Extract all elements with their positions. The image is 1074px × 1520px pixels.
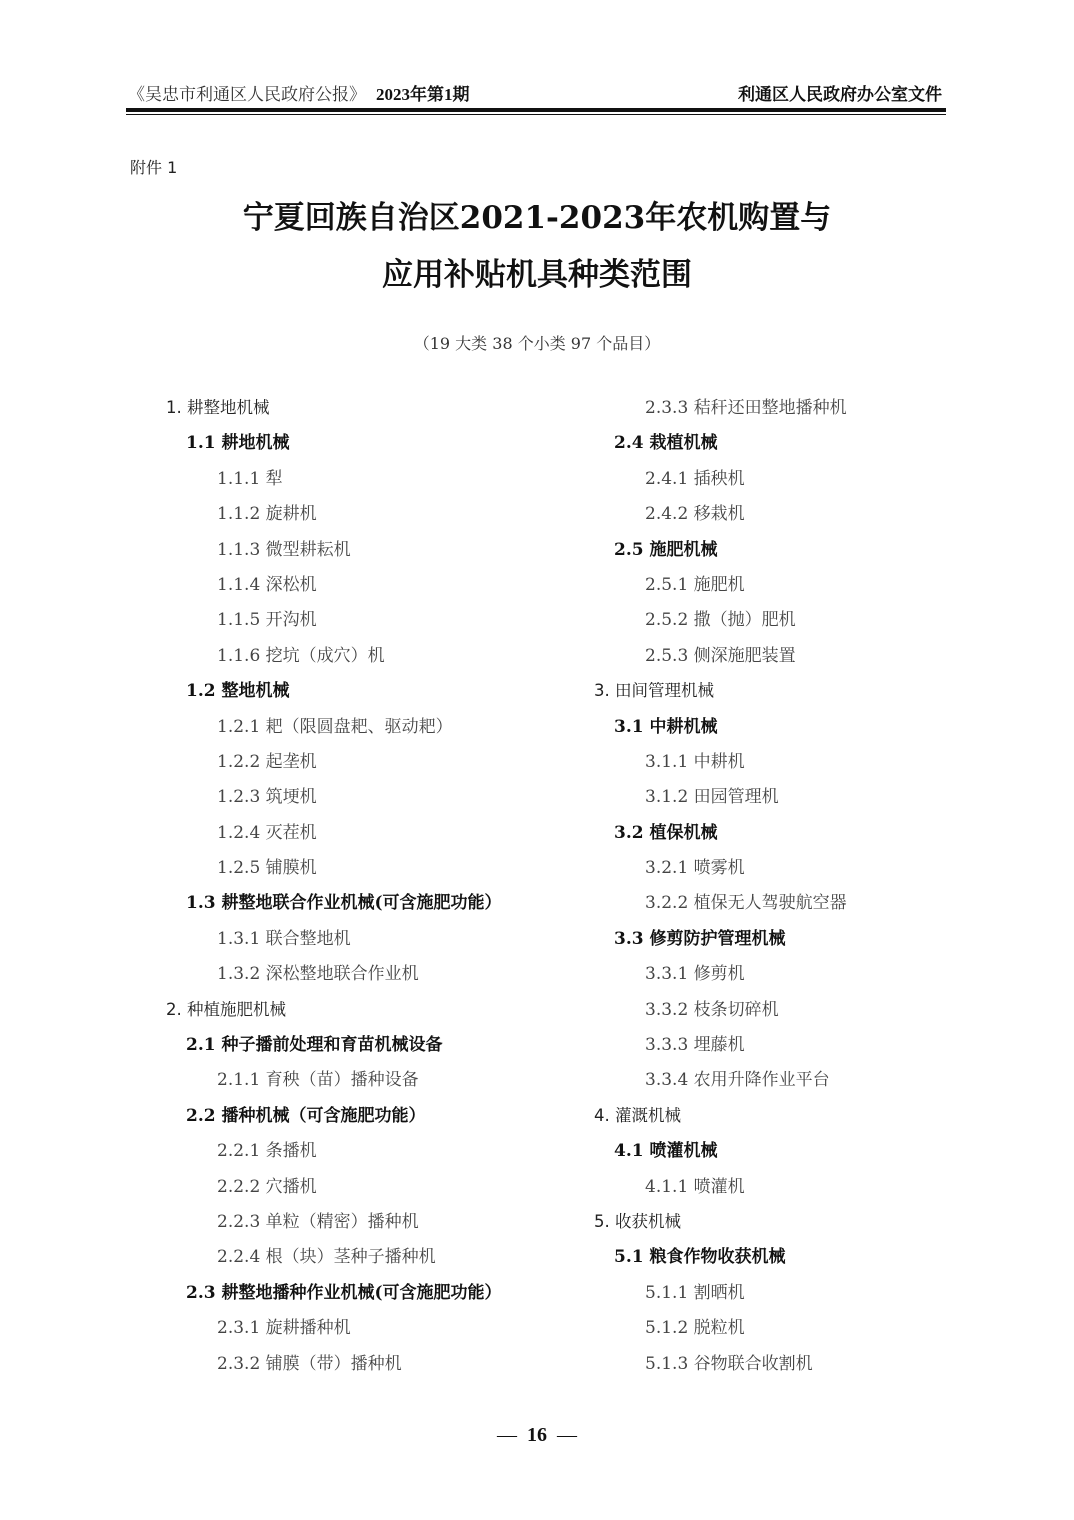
item-entry: 1.1.1 犁 <box>166 467 502 502</box>
item-entry: 2.3.3 秸秆还田整地播种机 <box>594 396 847 431</box>
category-heading: 1. 耕整地机械 <box>166 396 502 431</box>
item-entry: 2.5.1 施肥机 <box>594 573 847 608</box>
item-entry: 4.1.1 喷灌机 <box>594 1175 847 1210</box>
header-issuer: 利通区人民政府办公室文件 <box>738 80 942 105</box>
item-entry: 1.1.6 挖坑（成穴）机 <box>166 644 502 679</box>
footer-dash-left: — <box>497 1424 517 1446</box>
issue-number: 2023年第1期 <box>376 85 470 104</box>
header-publication: 《吴忠市利通区人民政府公报》2023年第1期 <box>128 80 470 105</box>
item-entry: 2.2.2 穴播机 <box>166 1175 502 1210</box>
item-entry: 3.2.2 植保无人驾驶航空器 <box>594 891 847 926</box>
publication-name: 《吴忠市利通区人民政府公报》 <box>128 85 366 105</box>
item-entry: 3.2.1 喷雾机 <box>594 856 847 891</box>
category-heading: 2. 种植施肥机械 <box>166 998 502 1033</box>
subcategory-heading: 3.1 中耕机械 <box>594 715 847 750</box>
item-entry: 1.3.2 深松整地联合作业机 <box>166 962 502 997</box>
subcategory-heading: 1.3 耕整地联合作业机械(可含施肥功能） <box>166 891 502 926</box>
attachment-label: 附件 1 <box>130 155 177 178</box>
category-list-right-column: 2.3.3 秸秆还田整地播种机2.4 栽植机械2.4.1 插秧机2.4.2 移栽… <box>594 396 847 1387</box>
subcategory-heading: 2.4 栽植机械 <box>594 431 847 466</box>
item-entry: 1.1.4 深松机 <box>166 573 502 608</box>
footer-dash-right: — <box>557 1424 577 1446</box>
item-entry: 2.1.1 育秧（苗）播种设备 <box>166 1068 502 1103</box>
item-entry: 1.2.5 铺膜机 <box>166 856 502 891</box>
item-entry: 2.5.2 撒（抛）肥机 <box>594 608 847 643</box>
item-entry: 2.3.2 铺膜（带）播种机 <box>166 1352 502 1387</box>
subcategory-heading: 5.1 粮食作物收获机械 <box>594 1245 847 1280</box>
subcategory-heading: 2.5 施肥机械 <box>594 538 847 573</box>
subcategory-heading: 2.3 耕整地播种作业机械(可含施肥功能） <box>166 1281 502 1316</box>
item-entry: 2.3.1 旋耕播种机 <box>166 1316 502 1351</box>
document-title-line2: 应用补贴机具种类范围 <box>0 260 1074 291</box>
subcategory-heading: 1.1 耕地机械 <box>166 431 502 466</box>
subcategory-heading: 2.1 种子播前处理和育苗机械设备 <box>166 1033 502 1068</box>
item-entry: 5.1.3 谷物联合收割机 <box>594 1352 847 1387</box>
document-title-line1: 宁夏回族自治区2021-2023年农机购置与 <box>0 203 1074 234</box>
item-entry: 2.2.3 单粒（精密）播种机 <box>166 1210 502 1245</box>
item-entry: 3.3.1 修剪机 <box>594 962 847 997</box>
item-entry: 5.1.2 脱粒机 <box>594 1316 847 1351</box>
item-entry: 3.3.2 枝条切碎机 <box>594 998 847 1033</box>
subcategory-heading: 2.2 播种机械（可含施肥功能） <box>166 1104 502 1139</box>
subcategory-heading: 4.1 喷灌机械 <box>594 1139 847 1174</box>
category-list-left-column: 1. 耕整地机械1.1 耕地机械1.1.1 犁1.1.2 旋耕机1.1.3 微型… <box>166 396 502 1387</box>
item-entry: 5.1.1 割晒机 <box>594 1281 847 1316</box>
item-entry: 2.4.1 插秧机 <box>594 467 847 502</box>
item-entry: 2.2.1 条播机 <box>166 1139 502 1174</box>
document-subtitle: （19 大类 38 个小类 97 个品目） <box>0 331 1074 354</box>
item-entry: 3.1.1 中耕机 <box>594 750 847 785</box>
header-rule-thick <box>126 108 946 112</box>
item-entry: 1.3.1 联合整地机 <box>166 927 502 962</box>
item-entry: 2.2.4 根（块）茎种子播种机 <box>166 1245 502 1280</box>
item-entry: 1.1.2 旋耕机 <box>166 502 502 537</box>
item-entry: 1.1.5 开沟机 <box>166 608 502 643</box>
category-heading: 5. 收获机械 <box>594 1210 847 1245</box>
subcategory-heading: 1.2 整地机械 <box>166 679 502 714</box>
item-entry: 1.2.3 筑埂机 <box>166 785 502 820</box>
header-rule-thin <box>126 114 946 115</box>
item-entry: 1.2.1 耙（限圆盘耙、驱动耙） <box>166 715 502 750</box>
item-entry: 2.4.2 移栽机 <box>594 502 847 537</box>
category-heading: 3. 田间管理机械 <box>594 679 847 714</box>
category-heading: 4. 灌溉机械 <box>594 1104 847 1139</box>
subcategory-heading: 3.3 修剪防护管理机械 <box>594 927 847 962</box>
item-entry: 3.3.4 农用升降作业平台 <box>594 1068 847 1103</box>
item-entry: 3.1.2 田园管理机 <box>594 785 847 820</box>
item-entry: 2.5.3 侧深施肥装置 <box>594 644 847 679</box>
item-entry: 1.1.3 微型耕耘机 <box>166 538 502 573</box>
page-number: 16 <box>527 1424 547 1446</box>
item-entry: 1.2.4 灭茬机 <box>166 821 502 856</box>
item-entry: 1.2.2 起垄机 <box>166 750 502 785</box>
page-footer: —16— <box>0 1424 1074 1447</box>
subcategory-heading: 3.2 植保机械 <box>594 821 847 856</box>
item-entry: 3.3.3 埋藤机 <box>594 1033 847 1068</box>
